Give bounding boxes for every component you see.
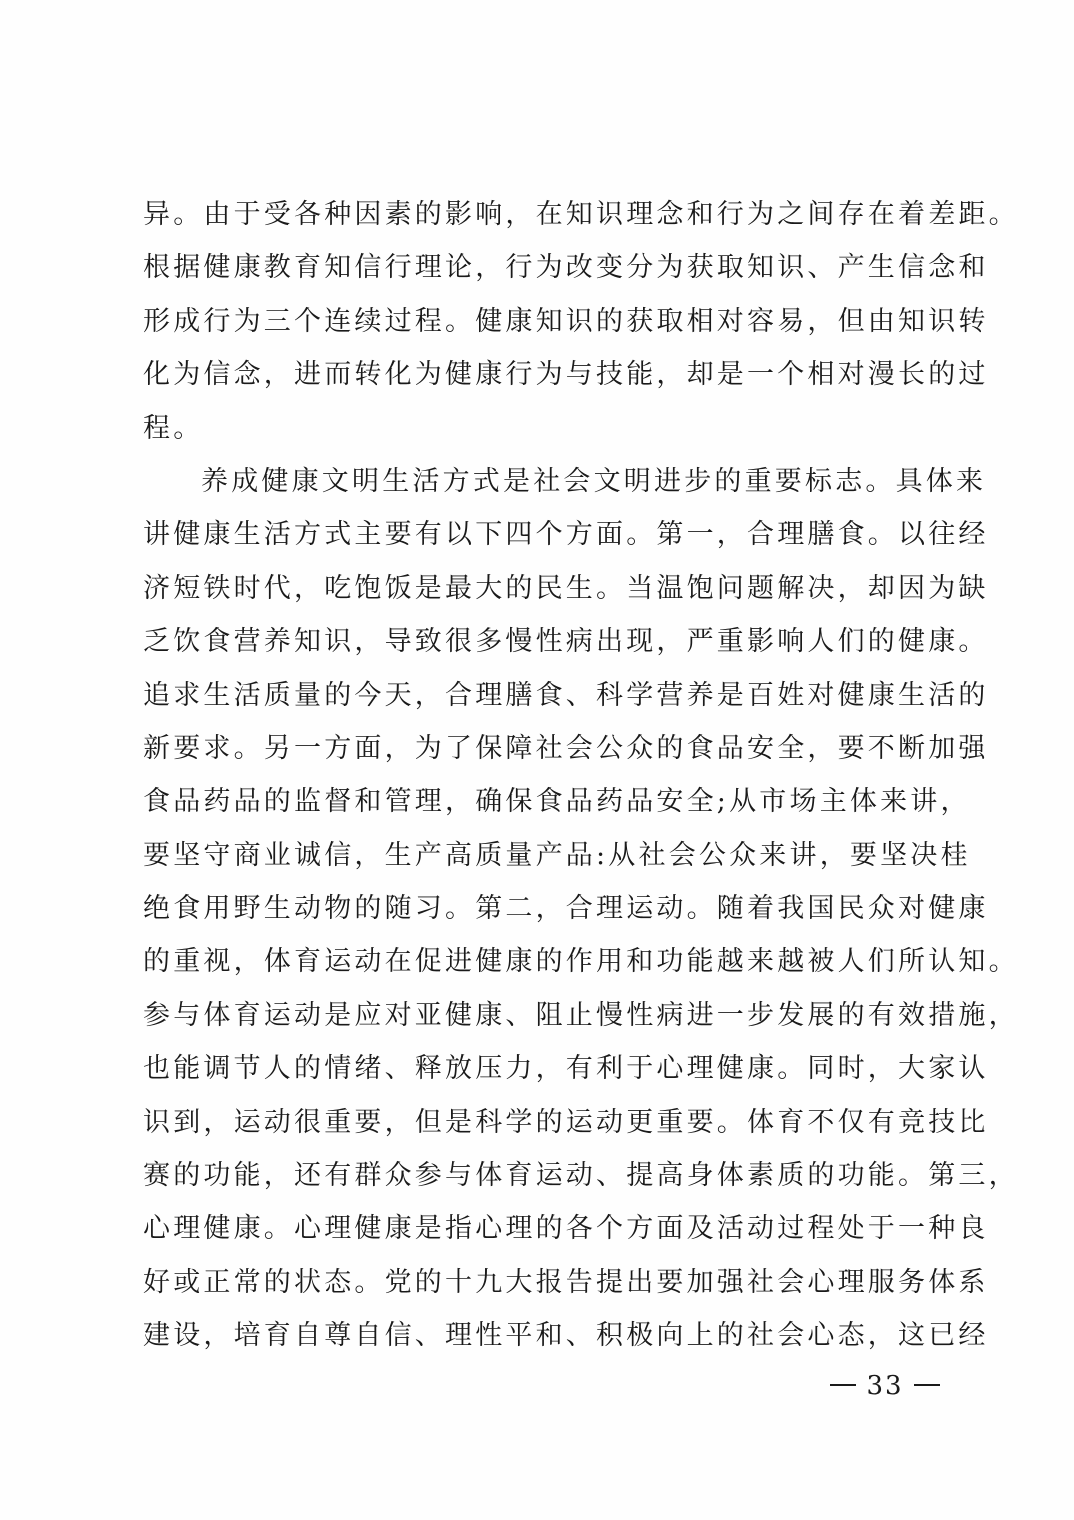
text-line: 识到，运动很重要，但是科学的运动更重要。体育不仅有竞技比 xyxy=(143,1096,943,1149)
text-line: 新要求。另一方面，为了保障社会公众的食品安全，要不断加强 xyxy=(143,722,943,775)
text-line: 乏饮食营养知识，导致很多慢性病出现，严重影响人们的健康。 xyxy=(143,615,943,668)
text-line: 养成健康文明生活方式是社会文明进步的重要标志。具体来 xyxy=(143,455,943,508)
document-page: 异。由于受各种因素的影响，在知识理念和行为之间存在着差距。 根据健康教育知信行理… xyxy=(0,0,1074,1520)
text-line: 赛的功能，还有群众参与体育运动、提高身体素质的功能。第三， xyxy=(143,1149,943,1202)
page-number: 33 xyxy=(820,1366,950,1406)
text-line: 参与体育运动是应对亚健康、阻止慢性病进一步发展的有效措施， xyxy=(143,989,943,1042)
text-line: 济短铁时代，吃饱饭是最大的民生。当温饱问题解决，却因为缺 xyxy=(143,562,943,615)
text-line: 好或正常的状态。党的十九大报告提出要加强社会心理服务体系 xyxy=(143,1256,943,1309)
text-line: 形成行为三个连续过程。健康知识的获取相对容易，但由知识转 xyxy=(143,295,943,348)
paragraph-1: 异。由于受各种因素的影响，在知识理念和行为之间存在着差距。 根据健康教育知信行理… xyxy=(143,188,943,455)
text-line: 根据健康教育知信行理论，行为改变分为获取知识、产生信念和 xyxy=(143,241,943,294)
text-line: 也能调节人的情绪、释放压力，有利于心理健康。同时，大家认 xyxy=(143,1042,943,1095)
text-line: 程。 xyxy=(143,402,943,455)
text-line: 讲健康生活方式主要有以下四个方面。第一，合理膳食。以往经 xyxy=(143,508,943,561)
left-dash xyxy=(830,1384,856,1386)
text-line: 化为信念，进而转化为健康行为与技能，却是一个相对漫长的过 xyxy=(143,348,943,401)
text-line: 要坚守商业诚信，生产高质量产品:从社会公众来讲，要坚决桂 xyxy=(143,829,943,882)
paragraph-2: 养成健康文明生活方式是社会文明进步的重要标志。具体来 讲健康生活方式主要有以下四… xyxy=(143,455,943,1363)
text-line: 绝食用野生动物的随习。第二，合理运动。随着我国民众对健康 xyxy=(143,882,943,935)
text-line: 的重视，体育运动在促进健康的作用和功能越来越被人们所认知。 xyxy=(143,935,943,988)
text-line: 心理健康。心理健康是指心理的各个方面及活动过程处于一种良 xyxy=(143,1202,943,1255)
body-text: 异。由于受各种因素的影响，在知识理念和行为之间存在着差距。 根据健康教育知信行理… xyxy=(143,188,943,1363)
text-line: 建设，培育自尊自信、理性平和、积极向上的社会心态，这已经 xyxy=(143,1309,943,1362)
page-number-value: 33 xyxy=(866,1371,903,1401)
text-line: 食品药品的监督和管理，确保食品药品安全;从市场主体来讲， xyxy=(143,775,943,828)
text-line: 异。由于受各种因素的影响，在知识理念和行为之间存在着差距。 xyxy=(143,188,943,241)
right-dash xyxy=(914,1384,940,1386)
text-line: 追求生活质量的今天，合理膳食、科学营养是百姓对健康生活的 xyxy=(143,669,943,722)
